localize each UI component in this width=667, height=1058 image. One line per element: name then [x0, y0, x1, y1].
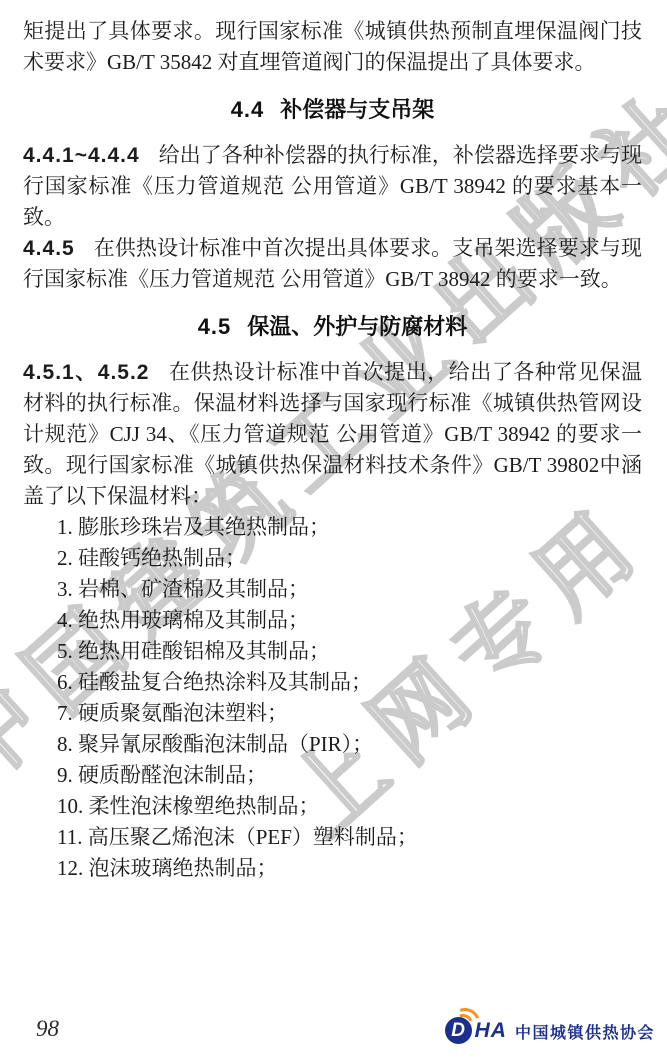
material-list-item: 4. 绝热用玻璃棉及其制品；: [57, 605, 642, 636]
paragraph-valve-insulation: 矩提出了具体要求。现行国家标准《城镇供热预制直埋保温阀门技术要求》GB/T 35…: [23, 16, 642, 78]
heading-4-4-title: 补偿器与支吊架: [280, 97, 434, 122]
page-number: 98: [36, 1016, 59, 1042]
logo-letter-d: D: [445, 1017, 472, 1044]
dha-logo: D HA 中国城镇供热协会: [445, 1010, 655, 1044]
document-page: 中国建筑工业出版社 上网专用 矩提出了具体要求。现行国家标准《城镇供热预制直埋保…: [0, 0, 667, 1058]
material-list-item: 8. 聚异氰尿酸酯泡沫制品（PIR）；: [57, 729, 642, 760]
clause-4-4-5: 4.4.5在供热设计标准中首次提出具体要求。支吊架选择要求与现行国家标准《压力管…: [23, 233, 642, 295]
heading-section-4-4: 4.4补偿器与支吊架: [23, 95, 642, 125]
clause-4-4-1-to-4-4-4: 4.4.1~4.4.4给出了各种补偿器的执行标准，补偿器选择要求与现行国家标准《…: [23, 140, 642, 233]
clause-label: 4.4.5: [23, 237, 75, 260]
material-list-item: 12. 泡沫玻璃绝热制品；: [57, 853, 642, 884]
logo-organization-name: 中国城镇供热协会: [515, 1020, 655, 1043]
material-list-item: 9. 硬质酚醛泡沫制品；: [57, 760, 642, 791]
page-content: 矩提出了具体要求。现行国家标准《城镇供热预制直埋保温阀门技术要求》GB/T 35…: [0, 0, 667, 884]
heading-4-4-number: 4.4: [231, 97, 265, 122]
clause-text: 在供热设计标准中首次提出具体要求。支吊架选择要求与现行国家标准《压力管道规范 公…: [23, 236, 642, 291]
material-list-item: 6. 硅酸盐复合绝热涂料及其制品；: [57, 667, 642, 698]
heading-4-5-number: 4.5: [198, 314, 232, 339]
material-list-item: 10. 柔性泡沫橡塑绝热制品；: [57, 791, 642, 822]
material-list-item: 1. 膨胀珍珠岩及其绝热制品；: [57, 512, 642, 543]
material-list-item: 11. 高压聚乙烯泡沫（PEF）塑料制品；: [57, 822, 642, 853]
clause-label: 4.4.1~4.4.4: [23, 144, 140, 167]
heading-4-5-title: 保温、外护与防腐材料: [247, 314, 467, 339]
material-list-item: 3. 岩棉、矿渣棉及其制品；: [57, 574, 642, 605]
material-list-item: 2. 硅酸钙绝热制品；: [57, 543, 642, 574]
insulation-materials-list: 1. 膨胀珍珠岩及其绝热制品； 2. 硅酸钙绝热制品； 3. 岩棉、矿渣棉及其制…: [23, 512, 642, 884]
page-footer: 98 D HA 中国城镇供热协会: [0, 1004, 667, 1048]
dha-logo-mark-icon: D: [445, 1010, 479, 1044]
material-list-item: 5. 绝热用硅酸铝棉及其制品；: [57, 636, 642, 667]
clause-4-5-1-and-4-5-2: 4.5.1、4.5.2在供热设计标准中首次提出，给出了各种常见保温材料的执行标准…: [23, 357, 642, 512]
heading-section-4-5: 4.5保温、外护与防腐材料: [23, 312, 642, 342]
clause-label: 4.5.1、4.5.2: [23, 361, 149, 384]
material-list-item: 7. 硬质聚氨酯泡沫塑料；: [57, 698, 642, 729]
